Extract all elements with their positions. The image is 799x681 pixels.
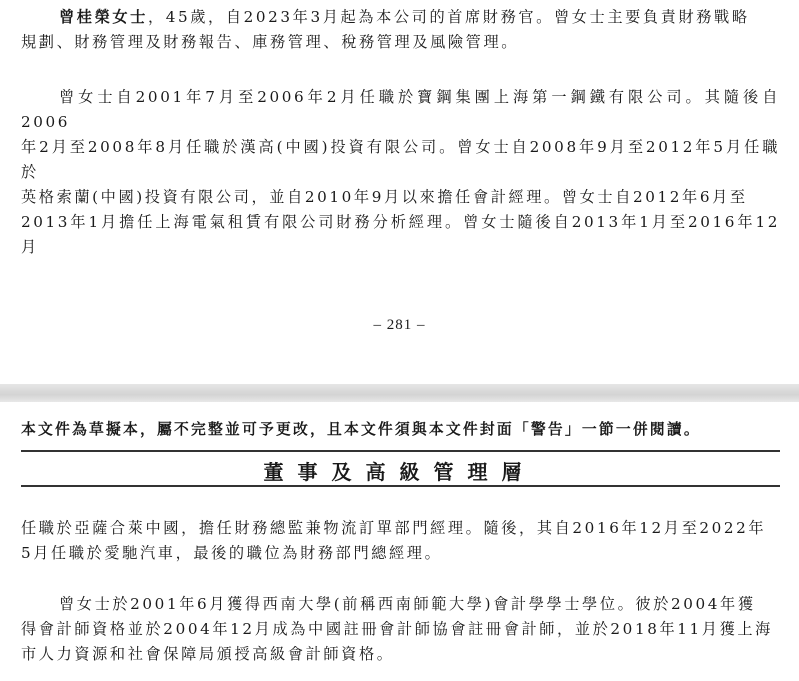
education-paragraph: 曾女士於2001年6月獲得西南大學(前稱西南師範大學)會計學學士學位。彼於200… [21, 592, 780, 667]
career-line-3: 英格索蘭(中國)投資有限公司，並自2010年9月以來擔任會計經理。曾女士自201… [21, 185, 780, 210]
page-number: – 281 – [0, 317, 799, 334]
career-line-1: 曾女士自2001年7月至2006年2月任職於寶鋼集團上海第一鋼鐵有限公司。其隨後… [21, 85, 780, 135]
career-line-4: 2013年1月擔任上海電氣租賃有限公司財務分析經理。曾女士隨後自2013年1月至… [21, 210, 780, 260]
header-rule-top [21, 450, 780, 452]
bio-intro-line-2: 規劃、財務管理及財務報告、庫務管理、稅務管理及風險管理。 [21, 30, 780, 55]
career-cont-line-1: 任職於亞薩合萊中國，擔任財務總監兼物流訂單部門經理。隨後，其自2016年12月至… [21, 516, 780, 541]
career-cont-line-2: 5月任職於愛馳汽車，最後的職位為財務部門總經理。 [21, 541, 780, 566]
career-paragraph-2: 任職於亞薩合萊中國，擔任財務總監兼物流訂單部門經理。隨後，其自2016年12月至… [21, 516, 780, 566]
career-line-2: 年2月至2008年8月任職於漢高(中國)投資有限公司。曾女士自2008年9月至2… [21, 135, 780, 185]
page-break-separator [0, 384, 799, 402]
person-name: 曾桂榮女士 [59, 8, 148, 26]
bio-intro-paragraph: 曾桂榮女士，45歲，自2023年3月起為本公司的首席財務官。曾女士主要負責財務戰… [21, 5, 780, 55]
section-title: 董事及高級管理層 [0, 456, 799, 485]
education-line-1: 曾女士於2001年6月獲得西南大學(前稱西南師範大學)會計學學士學位。彼於200… [21, 592, 780, 617]
draft-notice: 本文件為草擬本，屬不完整並可予更改，且本文件須與本文件封面「警告」一節一併閱讀。 [21, 418, 780, 439]
header-rule-bottom [21, 485, 780, 487]
education-line-2: 得會計師資格並於2004年12月成為中國註冊會計師協會註冊會計師，並於2018年… [21, 617, 780, 642]
education-line-3: 市人力資源和社會保障局頒授高級會計師資格。 [21, 642, 780, 667]
career-paragraph-1: 曾女士自2001年7月至2006年2月任職於寶鋼集團上海第一鋼鐵有限公司。其隨後… [21, 85, 780, 260]
bio-intro-text: ，45歲，自2023年3月起為本公司的首席財務官。曾女士主要負責財務戰略 [148, 8, 750, 26]
